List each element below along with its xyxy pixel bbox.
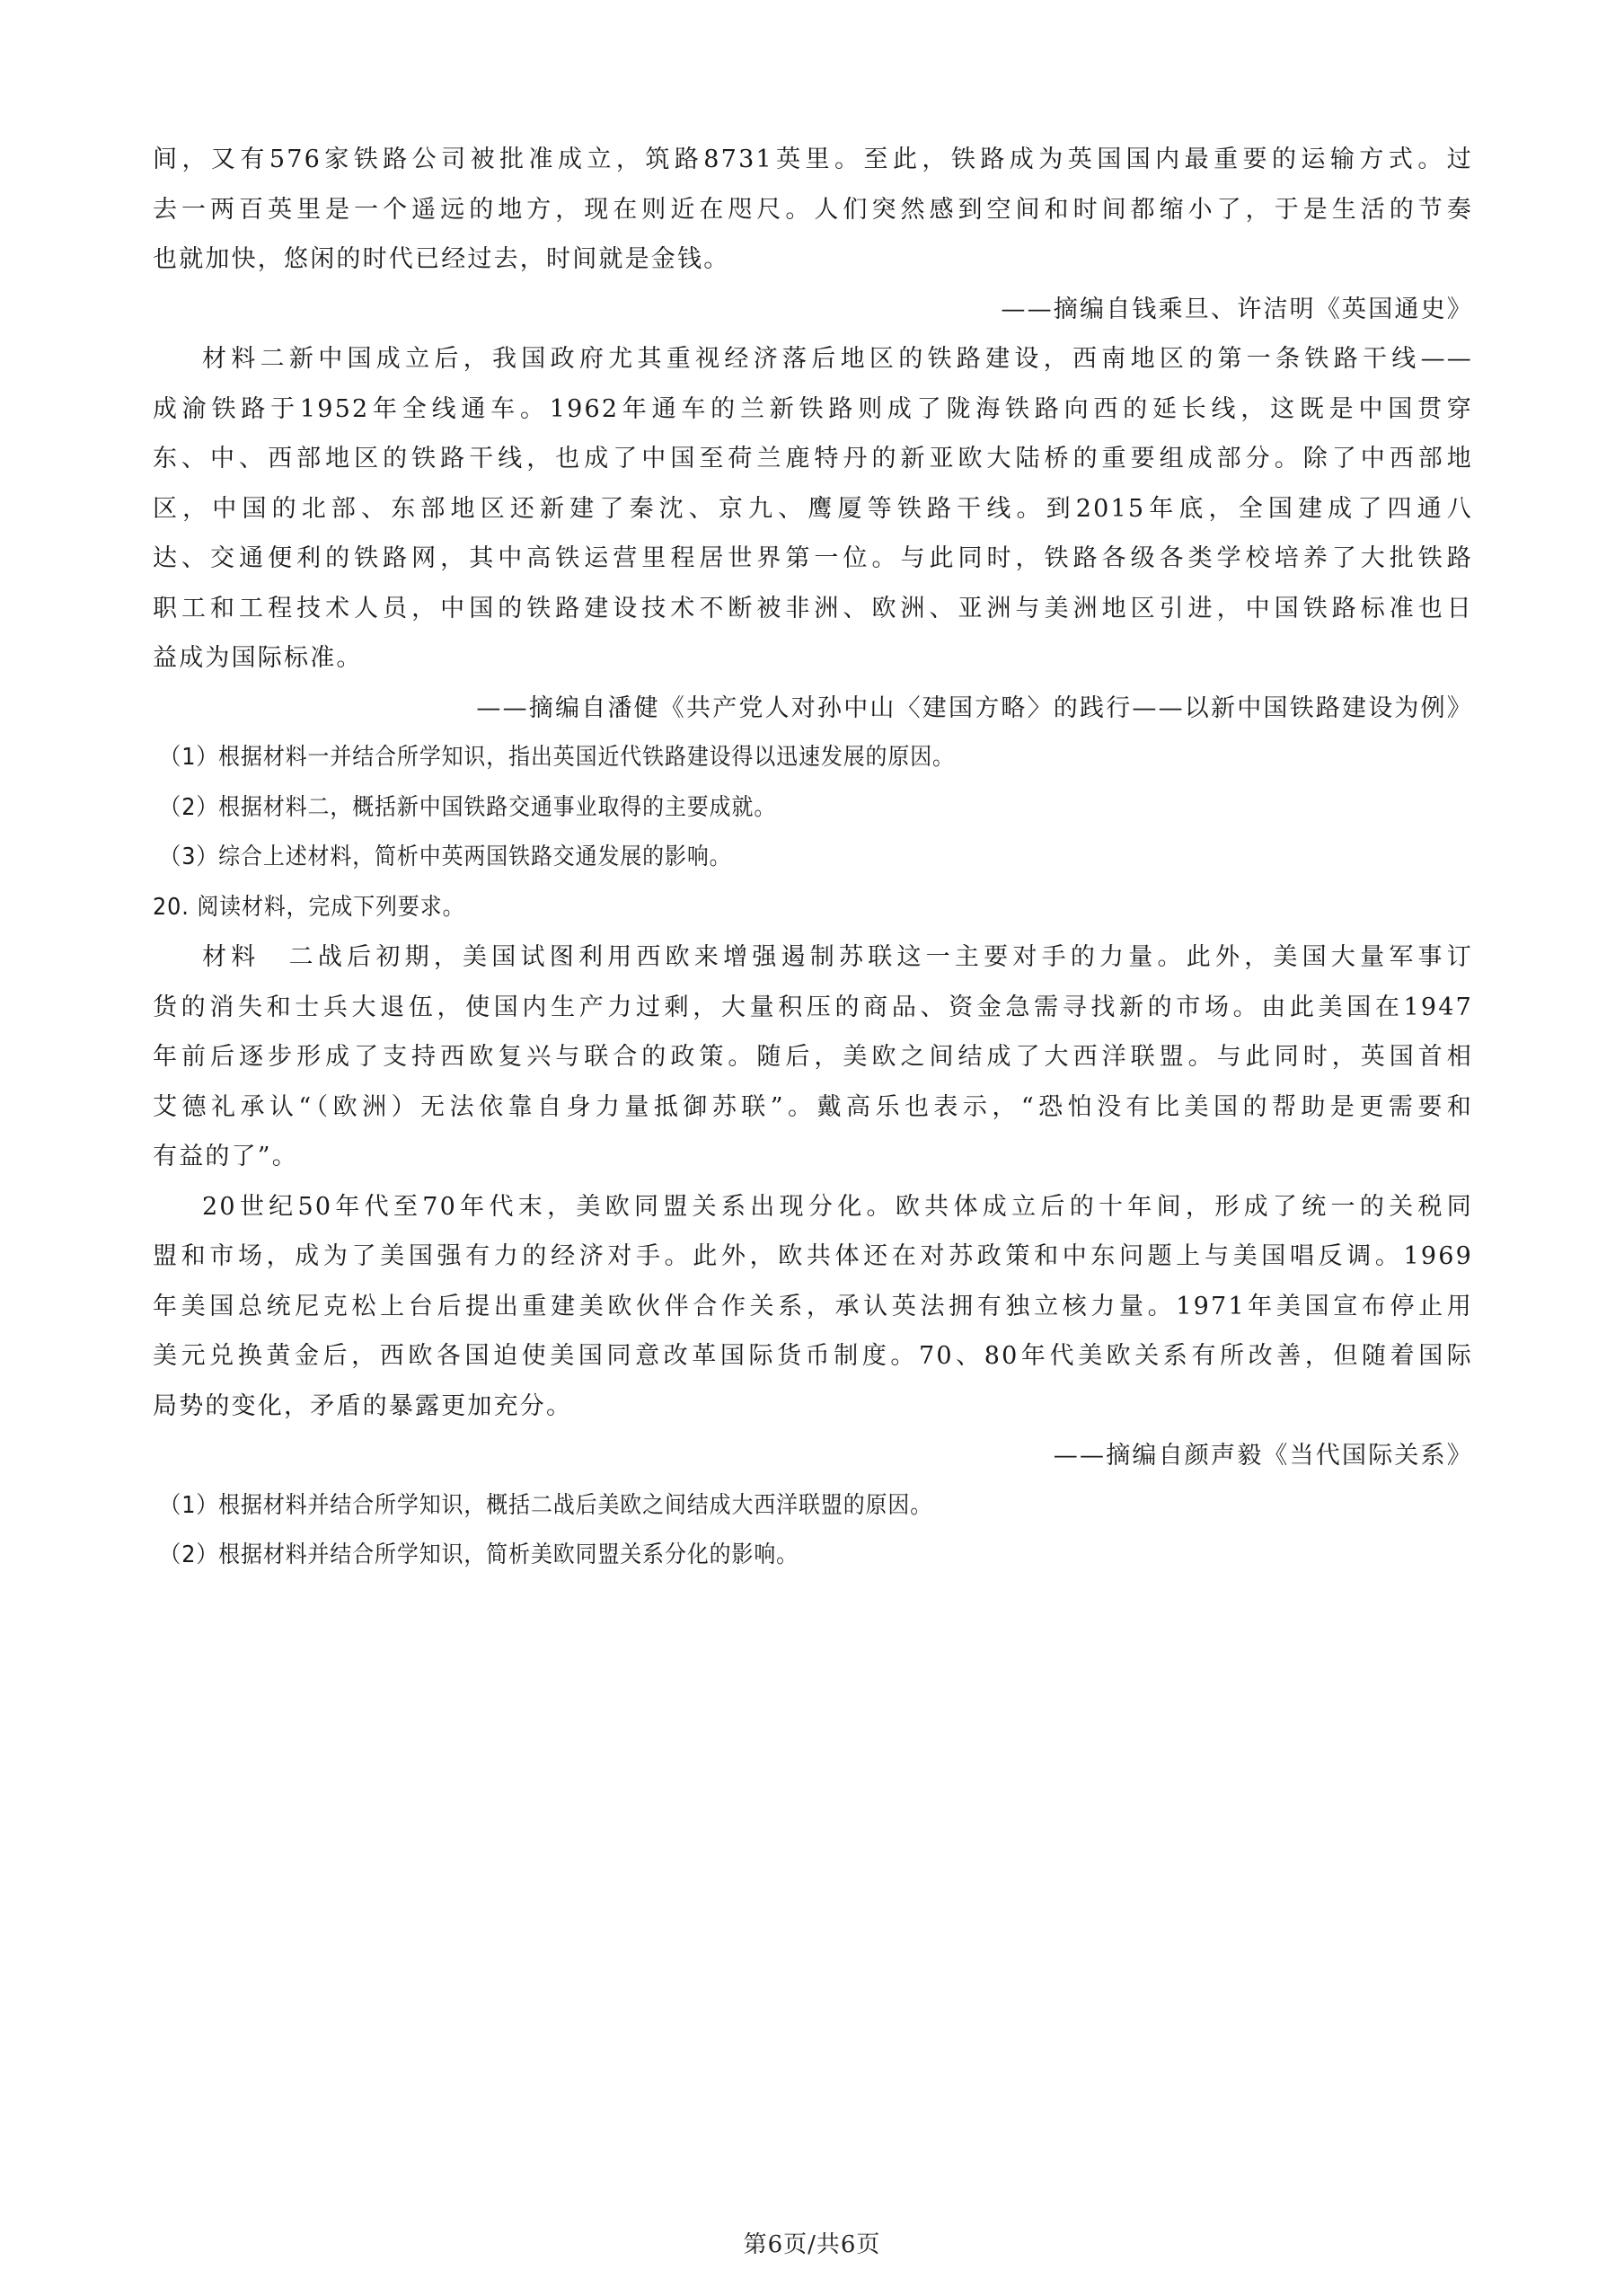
page-indicator: 第6页/共6页 bbox=[0, 2226, 1624, 2259]
text-line: 去一两百英里是一个遥远的地方，现在则近在咫尺。人们突然感到空间和时间都缩小了，于… bbox=[153, 185, 1473, 235]
text-line: 达、交通便利的铁路网，其中高铁运营里程居世界第一位。与此同时，铁路各级各类学校培… bbox=[153, 534, 1473, 584]
sub-question: （1）根据材料一并结合所学知识，指出英国近代铁路建设得以迅速发展的原因。 bbox=[153, 733, 1367, 783]
sub-question: （1）根据材料并结合所学知识，概括二战后美欧之间结成大西洋联盟的原因。 bbox=[153, 1481, 1367, 1532]
q20-questions: （1）根据材料并结合所学知识，概括二战后美欧之间结成大西洋联盟的原因。 （2）根… bbox=[153, 1481, 1473, 1581]
q20-material-paragraph2: 20世纪50年代至70年代末，美欧同盟关系出现分化。欧共体成立后的十年间，形成了… bbox=[153, 1182, 1473, 1432]
sub-question: （2）根据材料并结合所学知识，简析美欧同盟关系分化的影响。 bbox=[153, 1531, 1367, 1581]
sub-question: （2）根据材料二，概括新中国铁路交通事业取得的主要成就。 bbox=[153, 783, 1367, 834]
text-line: 区，中国的北部、东部地区还新建了秦沈、京九、鹰厦等铁路干线。到2015年底，全国… bbox=[153, 484, 1473, 534]
text-line: 年美国总统尼克松上台后提出重建美欧伙伴合作关系，承认英法拥有独立核力量。1971… bbox=[153, 1282, 1473, 1332]
text-line: 材料二新中国成立后，我国政府尤其重视经济落后地区的铁路建设，西南地区的第一条铁路… bbox=[153, 334, 1473, 384]
text-line: 20世纪50年代至70年代末，美欧同盟关系出现分化。欧共体成立后的十年间，形成了… bbox=[153, 1182, 1473, 1232]
text-line: 美元兑换黄金后，西欧各国迫使美国同意改革国际货币制度。70、80年代美欧关系有所… bbox=[153, 1331, 1473, 1382]
text-line: 货的消失和士兵大退伍，使国内生产力过剩，大量积压的商品、资金急需寻找新的市场。由… bbox=[153, 983, 1473, 1033]
q20-heading: 20. 阅读材料，完成下列要求。 bbox=[153, 883, 1367, 933]
text-line: 东、中、西部地区的铁路干线，也成了中国至荷兰鹿特丹的新亚欧大陆桥的重要组成部分。… bbox=[153, 434, 1473, 484]
q20-source: ——摘编自颜声毅《当代国际关系》 bbox=[153, 1431, 1473, 1481]
text-line: 材料 二战后初期，美国试图利用西欧来增强遏制苏联这一主要对手的力量。此外，美国大… bbox=[153, 932, 1473, 983]
text-line: 益成为国际标准。 bbox=[153, 633, 1473, 684]
q20-material-paragraph1: 材料 二战后初期，美国试图利用西欧来增强遏制苏联这一主要对手的力量。此外，美国大… bbox=[153, 932, 1473, 1182]
text-line: 间，又有576家铁路公司被批准成立，筑路8731英里。至此，铁路成为英国国内最重… bbox=[153, 135, 1473, 185]
q19-questions: （1）根据材料一并结合所学知识，指出英国近代铁路建设得以迅速发展的原因。 （2）… bbox=[153, 733, 1473, 883]
text-line: 年前后逐步形成了支持西欧复兴与联合的政策。随后，美欧之间结成了大西洋联盟。与此同… bbox=[153, 1032, 1473, 1082]
q19-material1-source: ——摘编自钱乘旦、许洁明《英国通史》 bbox=[153, 285, 1473, 335]
sub-question: （3）综合上述材料，简析中英两国铁路交通发展的影响。 bbox=[153, 833, 1367, 883]
text-line: 艾德礼承认“（欧洲）无法依靠自身力量抵御苏联”。戴高乐也表示，“恐怕没有比美国的… bbox=[153, 1082, 1473, 1133]
exam-page: 间，又有576家铁路公司被批准成立，筑路8731英里。至此，铁路成为英国国内最重… bbox=[153, 135, 1473, 1581]
q19-material2-source: ——摘编自潘健《共产党人对孙中山〈建国方略〉的践行——以新中国铁路建设为例》 bbox=[153, 684, 1473, 734]
text-line: 成渝铁路于1952年全线通车。1962年通车的兰新铁路则成了陇海铁路向西的延长线… bbox=[153, 384, 1473, 435]
text-line: 局势的变化，矛盾的暴露更加充分。 bbox=[153, 1382, 1473, 1432]
text-line: 有益的了”。 bbox=[153, 1132, 1473, 1182]
text-line: 也就加快，悠闲的时代已经过去，时间就是金钱。 bbox=[153, 234, 1473, 285]
text-line: 盟和市场，成为了美国强有力的经济对手。此外，欧共体还在对苏政策和中东问题上与美国… bbox=[153, 1232, 1473, 1282]
q19-material2: 材料二新中国成立后，我国政府尤其重视经济落后地区的铁路建设，西南地区的第一条铁路… bbox=[153, 334, 1473, 684]
q19-material1-tail: 间，又有576家铁路公司被批准成立，筑路8731英里。至此，铁路成为英国国内最重… bbox=[153, 135, 1473, 285]
text-line: 职工和工程技术人员，中国的铁路建设技术不断被非洲、欧洲、亚洲与美洲地区引进，中国… bbox=[153, 584, 1473, 634]
